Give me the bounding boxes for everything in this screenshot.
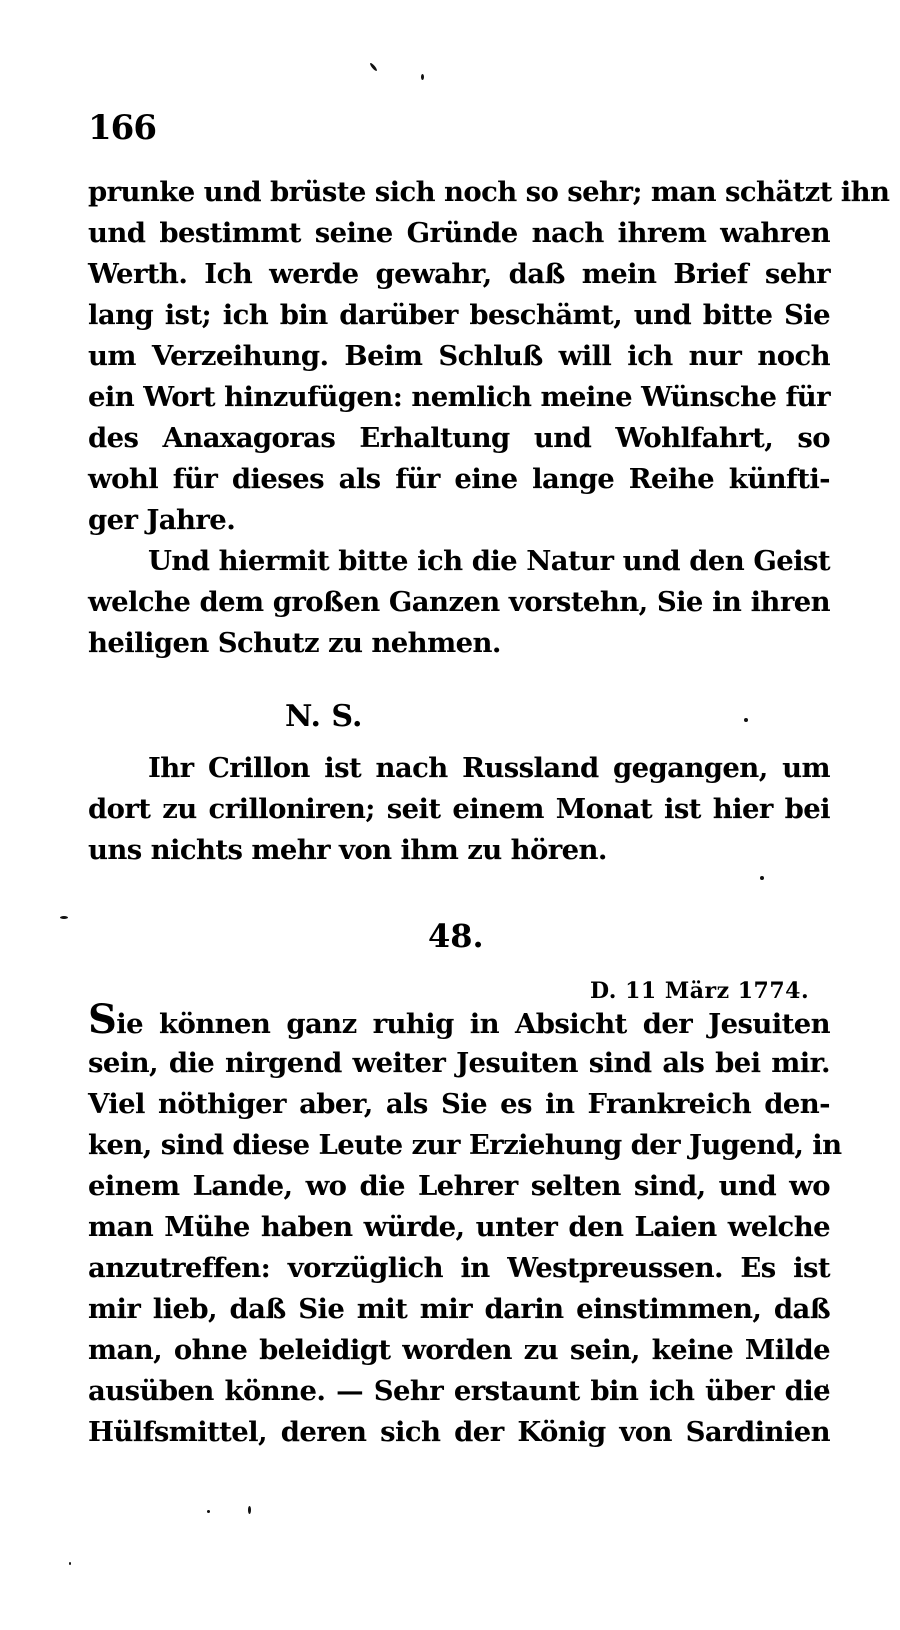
text-line: ein Wort hinzufügen: nemlich meine Wünsc… [88,377,830,417]
text-line: und bestimmt seine Gründe nach ihrem wah… [88,213,830,253]
text-line: ausüben könne. — Sehr erstaunt bin ich ü… [88,1371,830,1411]
scan-speck [60,916,68,919]
text-line: anzutreffen: vorzüglich in Westpreussen.… [88,1248,830,1288]
text-line: Viel nöthiger aber, als Sie es in Frankr… [88,1084,830,1124]
text-line: wohl für dieses als für eine lange Reihe… [88,459,830,499]
text-line: dort zu crilloniren; seit einem Monat is… [88,789,830,829]
scan-speck [421,74,424,80]
text-line: uns nichts mehr von ihm zu hören. [88,830,830,870]
page-number: 166 [88,108,156,148]
scan-speck [207,1510,210,1513]
scan-speck [744,718,748,722]
scan-speck [369,62,378,72]
text-line: mir lieb, daß Sie mit mir darin einstimm… [88,1289,830,1329]
text-line: um Verzeihung. Beim Schluß will ich nur … [88,336,830,376]
scan-speck [69,1562,71,1565]
text-line: Werth. Ich werde gewahr, daß mein Brief … [88,254,830,294]
first-line-text: ie können ganz ruhig in Absicht der Jesu… [116,1008,830,1040]
text-line: des Anaxagoras Erhaltung und Wohlfahrt, … [88,418,830,458]
text-line: Sie können ganz ruhig in Absicht der Jes… [88,1000,830,1044]
text-line: heiligen Schutz zu nehmen. [88,623,830,663]
scan-speck [248,1506,251,1514]
drop-cap: S [88,996,116,1043]
postscript-heading: N. S. [285,697,362,737]
scan-speck [826,1384,828,1388]
text-line: welche dem großen Ganzen vorstehn, Sie i… [88,582,830,622]
text-line: man Mühe haben würde, unter den Laien we… [88,1207,830,1247]
text-line: lang ist; ich bin darüber beschämt, und … [88,295,830,335]
scan-speck [760,876,764,880]
text-line: Hülfsmittel, deren sich der König von Sa… [88,1412,830,1452]
text-line: man, ohne beleidigt worden zu sein, kein… [88,1330,830,1370]
text-line: einem Lande, wo die Lehrer selten sind, … [88,1166,830,1206]
text-line: ger Jahre. [88,500,830,540]
text-line: sein, die nirgend weiter Jesuiten sind a… [88,1043,830,1083]
book-page: 166 prunke und brüste sich noch so sehr;… [0,0,900,1630]
text-line: ken, sind diese Leute zur Erziehung der … [88,1125,830,1165]
letter-number: 48. [428,916,484,956]
text-line: Ihr Crillon ist nach Russland gegangen, … [148,748,830,788]
text-line: prunke und brüste sich noch so sehr; man… [88,172,830,212]
text-line: Und hiermit bitte ich die Natur und den … [148,541,830,581]
